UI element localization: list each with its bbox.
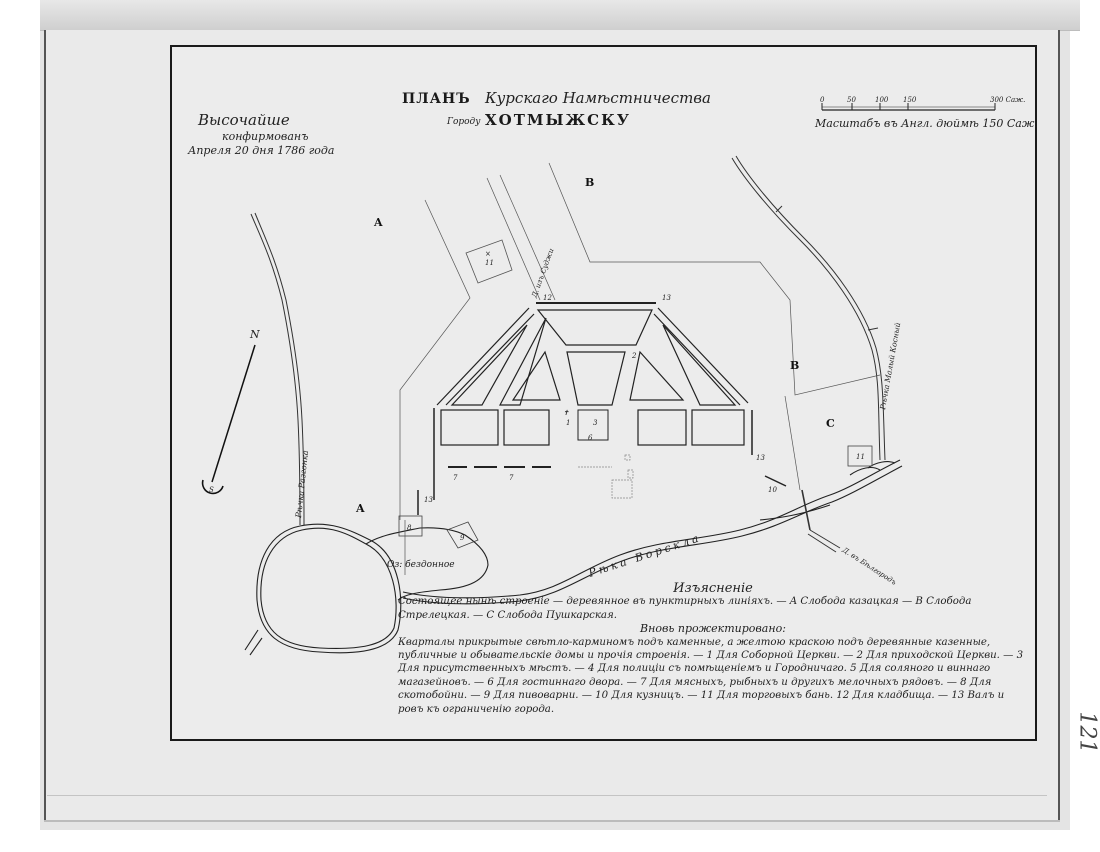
road-belgorod [802, 490, 840, 552]
compass-needle: N S [203, 328, 260, 494]
label-razgonka: Рѣчка Разгонка [294, 450, 310, 519]
label-vorskla: Рѣка Ворскла [586, 531, 703, 580]
label-malyi-kosnyi: Рѣчка Малый Косный [878, 322, 902, 412]
svg-text:N: N [249, 328, 260, 341]
page-number: 121 [1075, 712, 1100, 754]
svg-text:B: B [790, 359, 799, 372]
svg-text:11: 11 [856, 453, 865, 461]
svg-text:50: 50 [847, 96, 856, 104]
legend: Изъясненіе Состоящее нынѣ строеніе — дер… [398, 582, 1028, 716]
svg-text:150: 150 [903, 96, 917, 104]
svg-text:C: C [826, 417, 835, 430]
svg-text:9: 9 [460, 534, 465, 542]
svg-text:13: 13 [424, 496, 433, 504]
scale-bar: 0 50 100 150 300 Саж. Масштабъ въ Англ. … [814, 96, 1038, 130]
svg-text:11: 11 [485, 259, 494, 267]
svg-text:S: S [209, 486, 214, 494]
planned-town-blocks [418, 303, 786, 515]
svg-text:10: 10 [768, 486, 777, 494]
svg-text:3: 3 [593, 419, 598, 427]
approval-line3: Апреля 20 дня 1786 года [187, 144, 334, 157]
svg-text:100: 100 [875, 96, 889, 104]
service-blocks [399, 446, 872, 548]
svg-text:13: 13 [662, 294, 671, 302]
block-12-cemetery: × 11 [466, 240, 512, 283]
svg-text:A: A [355, 502, 365, 515]
svg-text:×: × [485, 250, 491, 258]
approval-line2: конфирмованъ [222, 130, 308, 143]
approval-line1: Высочайше [197, 111, 290, 129]
svg-text:B: B [585, 176, 594, 189]
svg-text:300 Саж.: 300 Саж. [990, 96, 1025, 104]
title-plan: ПЛАНЪ [402, 91, 471, 107]
svg-text:A: A [373, 216, 383, 229]
svg-text:6: 6 [588, 434, 593, 442]
svg-text:7: 7 [453, 474, 458, 482]
svg-text:0: 0 [820, 96, 825, 104]
block-numbers: 3 1 2 6 7 7 8 9 10 11 11 12 13 13 13 ✝ [407, 294, 865, 542]
svg-text:8: 8 [407, 524, 412, 532]
title-city: ХОТМЫЖСКУ [485, 111, 631, 129]
scale-caption: Масштабъ въ Англ. дюймѣ 150 Саж. [814, 117, 1038, 130]
svg-text:2: 2 [631, 352, 637, 360]
existing-structures [578, 455, 633, 498]
label-road-belgorod: Д. въ Бѣлгородъ [840, 545, 898, 586]
river-malyi-kosnyi [732, 156, 885, 460]
title-script: Курскаго Намѣстничества [484, 89, 711, 107]
legend-existing: Состоящее нынѣ строеніе — деревянное въ … [398, 595, 1028, 622]
svg-text:13: 13 [756, 454, 765, 462]
svg-text:12: 12 [543, 294, 552, 302]
legend-heading: Изъясненіе [398, 582, 1028, 595]
svg-text:7: 7 [509, 474, 514, 482]
title-gorodu: Городу [446, 117, 481, 127]
label-road-sudzha: Д. изъ Суджи [530, 247, 556, 300]
map-drawing: ПЛАНЪ Курскаго Намѣстничества Городу ХОТ… [0, 0, 1100, 852]
label-lake: Оз: бездонное [387, 559, 455, 570]
river-razgonka [251, 213, 304, 525]
svg-text:✝: ✝ [563, 409, 569, 417]
legend-projected: Кварталы прикрытые свѣтло-карминомъ подъ… [398, 636, 1028, 716]
legend-projected-heading: Вновь прожектировано: [398, 622, 1028, 635]
svg-text:1: 1 [566, 419, 570, 427]
settlement-boundaries [400, 163, 880, 575]
